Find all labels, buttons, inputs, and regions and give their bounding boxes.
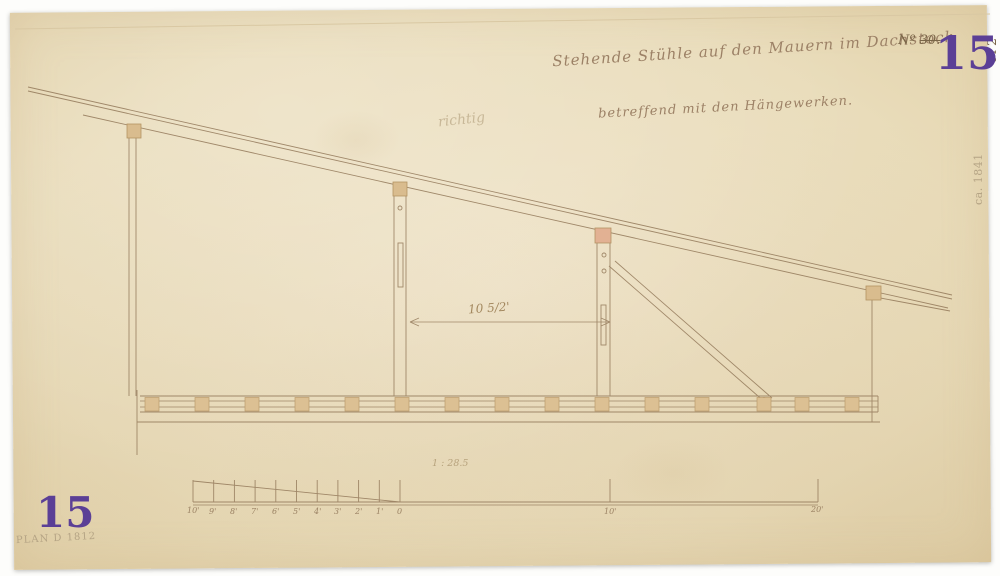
archive-stamp-bottom-left: 15: [36, 492, 94, 534]
scale-label: 20': [811, 505, 823, 514]
catalog-number: Nº 30.: [898, 33, 940, 48]
diagonal-brace: [609, 261, 772, 403]
scanned-plan-page: Stehende Stühle auf den Mauern im Dachst…: [0, 0, 1000, 576]
scale-label: 1': [376, 507, 383, 516]
scale-label: 8': [230, 507, 237, 516]
scale-label: 4': [314, 507, 321, 516]
rafter-lines: [28, 87, 952, 311]
scale-label: 10': [604, 507, 616, 516]
post-middle: [394, 196, 406, 396]
catalog-prefix: Nº: [898, 33, 916, 48]
scale-label: 10': [187, 506, 199, 515]
scale-label: 6': [272, 507, 279, 516]
scale-label: 9': [209, 507, 216, 516]
scale-bar: [193, 479, 818, 505]
scale-label: 7': [251, 507, 258, 516]
scale-ratio-note: 1 : 28.5: [432, 458, 468, 469]
dimension-label: 10 5/2': [468, 300, 511, 317]
dimension-line: [410, 318, 610, 326]
scale-label: 5': [293, 507, 300, 516]
roof-section-drawing: [0, 0, 1000, 576]
scale-label: 2': [355, 507, 362, 516]
post-left: [129, 138, 136, 396]
scale-label: 0: [397, 507, 402, 516]
date-note-rotated: ca. 1841: [972, 153, 985, 205]
joist-sections: [145, 398, 859, 412]
archive-stamp-top-right: 15: [935, 30, 999, 76]
scale-label: 3': [334, 507, 341, 516]
